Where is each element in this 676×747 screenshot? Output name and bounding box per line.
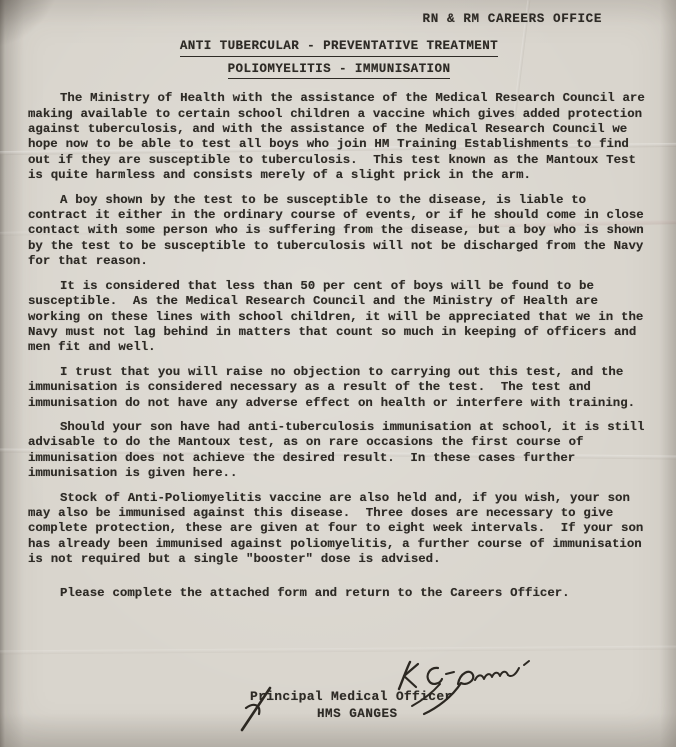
paragraph-poliomyelitis-stock: Stock of Anti-Poliomyelitis vaccine are … <box>28 491 650 568</box>
letter-title-line-2: POLIOMYELITIS - IMMUNISATION <box>228 62 451 79</box>
letter-page: RN & RM CAREERS OFFICE ANTI TUBERCULAR -… <box>0 0 676 747</box>
paragraph-school-immunisation: Should your son have had anti-tuberculos… <box>28 420 650 482</box>
closing-request-line: Please complete the attached form and re… <box>28 586 650 601</box>
letter-title-line-1: ANTI TUBERCULAR - PREVENTATIVE TREATMENT <box>180 39 498 56</box>
signatory-role: Principal Medical Officer <box>250 689 453 704</box>
paragraph-fifty-per-cent: It is considered that less than 50 per c… <box>28 279 650 356</box>
paragraph-no-objection: I trust that you will raise no objection… <box>28 365 650 411</box>
paragraph-ministry-of-health: The Ministry of Health with the assistan… <box>28 91 650 183</box>
signatory-unit: HMS GANGES <box>317 707 398 722</box>
office-heading: RN & RM CAREERS OFFICE <box>28 12 650 27</box>
signature-block: Principal Medical Officer HMS GANGES <box>28 601 650 736</box>
paragraph-boy-susceptible: A boy shown by the test to be susceptibl… <box>28 193 650 270</box>
letter-content: RN & RM CAREERS OFFICE ANTI TUBERCULAR -… <box>0 0 676 736</box>
